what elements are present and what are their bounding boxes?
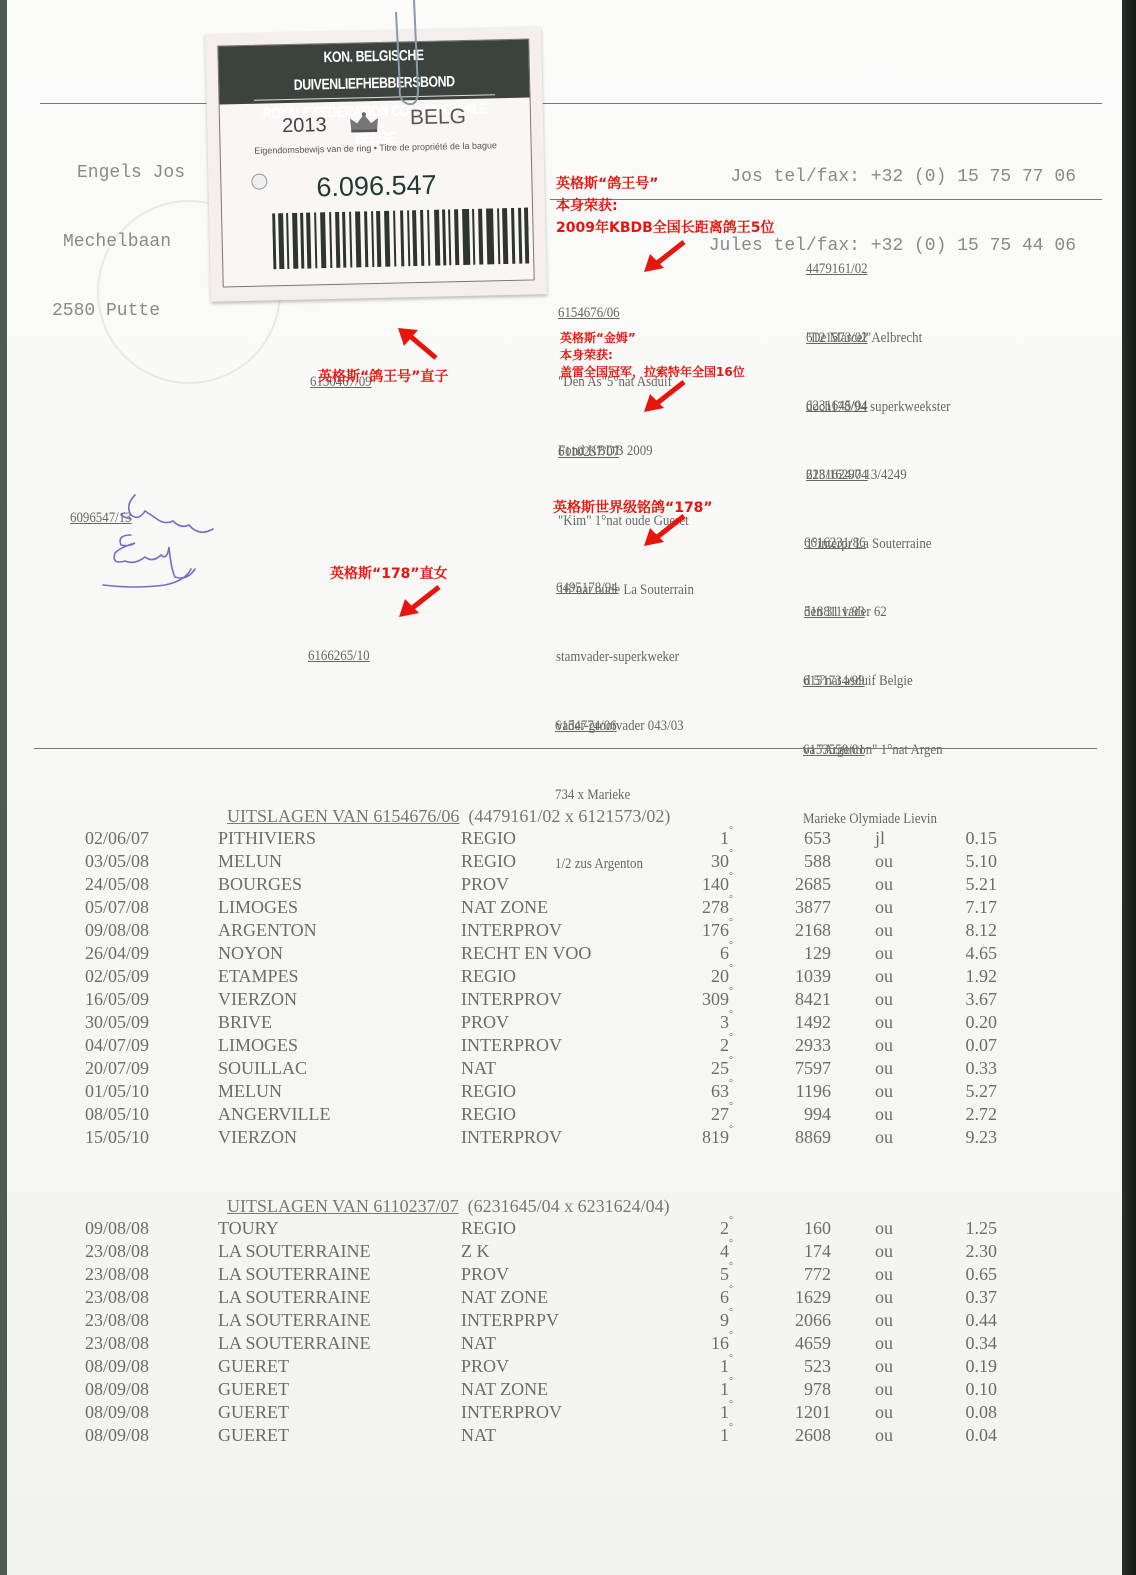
race-date: 15/05/10 <box>85 1127 149 1148</box>
arrow-icon <box>640 512 690 552</box>
race-position: 2° <box>655 1218 733 1239</box>
bird-count: 1629 <box>745 1287 831 1308</box>
bird-count: 3877 <box>745 897 831 918</box>
time-gap: 5.27 <box>925 1081 997 1102</box>
race-position: 3° <box>655 1012 733 1033</box>
race-location: GUERET <box>218 1356 289 1377</box>
position-value: 6 <box>720 1287 729 1307</box>
race-location: ARGENTON <box>218 920 317 941</box>
race-date: 08/09/08 <box>85 1425 149 1446</box>
race-category: PROV <box>461 1356 509 1377</box>
position-value: 2 <box>720 1218 729 1238</box>
time-gap: 0.10 <box>925 1379 997 1400</box>
race-position: 1° <box>655 1356 733 1377</box>
race-location: MELUN <box>218 1081 282 1102</box>
degree-sign: ° <box>729 894 733 905</box>
time-gap: 2.30 <box>925 1241 997 1262</box>
race-position: 16° <box>655 1333 733 1354</box>
bird-count: 1492 <box>745 1012 831 1033</box>
annotation-line: 英格斯“鸽王号” <box>556 173 775 195</box>
bird-count: 8869 <box>745 1127 831 1148</box>
degree-sign: ° <box>729 1009 733 1020</box>
dam-ring: 6166265/10 <box>308 645 370 668</box>
race-position: 140° <box>655 874 733 895</box>
time-gap: 1.92 <box>925 966 997 987</box>
bird-age: ou <box>875 1104 893 1125</box>
signature <box>95 485 235 605</box>
race-date: 20/07/09 <box>85 1058 149 1079</box>
ring-year: 2013 <box>282 114 327 138</box>
ss-ring: 6154676/06 <box>558 302 672 325</box>
degree-sign: ° <box>729 940 733 951</box>
bird-age: ou <box>875 1264 893 1285</box>
bird-count: 2685 <box>745 874 831 895</box>
degree-sign: ° <box>729 1055 733 1066</box>
race-location: LIMOGES <box>218 1035 298 1056</box>
position-value: 5 <box>720 1264 729 1284</box>
time-gap: 5.21 <box>925 874 997 895</box>
position-value: 1 <box>720 1425 729 1445</box>
bird-count: 994 <box>745 1104 831 1125</box>
degree-sign: ° <box>729 963 733 974</box>
degree-sign: ° <box>729 1330 733 1341</box>
time-gap: 1.25 <box>925 1218 997 1239</box>
position-value: 2 <box>720 1035 729 1055</box>
race-date: 01/05/10 <box>85 1081 149 1102</box>
bird-count: 7597 <box>745 1058 831 1079</box>
section-divider <box>34 748 1097 749</box>
bird-age: ou <box>875 1035 893 1056</box>
race-position: 278° <box>655 897 733 918</box>
degree-sign: ° <box>729 1307 733 1318</box>
time-gap: 0.65 <box>925 1264 997 1285</box>
degree-sign: ° <box>729 1261 733 1272</box>
race-location: BRIVE <box>218 1012 272 1033</box>
position-value: 6 <box>720 943 729 963</box>
bird-count: 2168 <box>745 920 831 941</box>
bird-count: 2933 <box>745 1035 831 1056</box>
position-value: 1 <box>720 828 729 848</box>
scan-edge-right <box>1122 0 1136 1575</box>
ring-number: 6.096.547 <box>221 167 532 205</box>
bird-age: ou <box>875 1333 893 1354</box>
degree-sign: ° <box>729 825 733 836</box>
position-value: 309 <box>702 989 729 1009</box>
race-category: INTERPRPV <box>461 1310 559 1331</box>
race-location: NOYON <box>218 943 283 964</box>
degree-sign: ° <box>729 1376 733 1387</box>
time-gap: 0.34 <box>925 1333 997 1354</box>
annotation-ss: 英格斯“鸽王号” 本身荣获: 2009年KBDB全国长距离鸽王5位 <box>556 173 775 239</box>
degree-sign: ° <box>729 1238 733 1249</box>
annotation-dam: 英格斯“178”直女 <box>330 563 448 585</box>
bird-age: ou <box>875 966 893 987</box>
race-location: BOURGES <box>218 874 302 895</box>
race-category: NAT <box>461 1333 496 1354</box>
degree-sign: ° <box>729 1032 733 1043</box>
time-gap: 0.07 <box>925 1035 997 1056</box>
race-position: 30° <box>655 851 733 872</box>
position-value: 30 <box>711 851 729 871</box>
position-value: 16 <box>711 1333 729 1353</box>
time-gap: 0.19 <box>925 1356 997 1377</box>
bird-count: 160 <box>745 1218 831 1239</box>
race-date: 05/07/08 <box>85 897 149 918</box>
time-gap: 0.20 <box>925 1012 997 1033</box>
race-category: REGIO <box>461 966 516 987</box>
race-date: 16/05/09 <box>85 989 149 1010</box>
results-heading: UITSLAGEN VAN 6154676/06 <box>227 806 459 826</box>
results-title-1: UITSLAGEN VAN 6154676/06 (4479161/02 x 6… <box>218 785 670 827</box>
bird-count: 2608 <box>745 1425 831 1446</box>
bird-count: 653 <box>745 828 831 849</box>
bird-age: ou <box>875 1356 893 1377</box>
address-line: 2580 Putte <box>52 300 185 323</box>
degree-sign: ° <box>729 917 733 928</box>
arrow-icon <box>640 238 690 278</box>
position-value: 176 <box>702 920 729 940</box>
race-category: PROV <box>461 1264 509 1285</box>
time-gap: 8.12 <box>925 920 997 941</box>
degree-sign: ° <box>729 1353 733 1364</box>
pedigree-dam: 6166265/10 <box>308 599 370 691</box>
dss-ring: 6616231/86 <box>804 532 887 555</box>
race-category: REGIO <box>461 1218 516 1239</box>
dds-ring: 6151734/99 <box>803 670 943 693</box>
bird-count: 2066 <box>745 1310 831 1331</box>
position-value: 140 <box>702 874 729 894</box>
race-category: NAT ZONE <box>461 897 548 918</box>
sds-ring: 6231645/04 <box>806 395 907 418</box>
race-position: 25° <box>655 1058 733 1079</box>
time-gap: 2.72 <box>925 1104 997 1125</box>
bird-age: ou <box>875 897 893 918</box>
race-position: 2° <box>655 1035 733 1056</box>
race-position: 6° <box>655 1287 733 1308</box>
race-category: NAT <box>461 1425 496 1446</box>
race-date: 08/09/08 <box>85 1402 149 1423</box>
degree-sign: ° <box>729 1124 733 1135</box>
annotation-line: 本身荣获: <box>556 195 775 217</box>
degree-sign: ° <box>729 1422 733 1433</box>
results-heading: UITSLAGEN VAN 6110237/07 <box>227 1196 459 1216</box>
race-location: PITHIVIERS <box>218 828 316 849</box>
race-position: 176° <box>655 920 733 941</box>
position-value: 4 <box>720 1241 729 1261</box>
race-date: 23/08/08 <box>85 1310 149 1331</box>
results-parents: (6231645/04 x 6231624/04) <box>468 1196 670 1216</box>
bird-count: 174 <box>745 1241 831 1262</box>
degree-sign: ° <box>729 1284 733 1295</box>
race-category: INTERPROV <box>461 989 562 1010</box>
bird-count: 1039 <box>745 966 831 987</box>
position-value: 1 <box>720 1402 729 1422</box>
race-date: 23/08/08 <box>85 1333 149 1354</box>
time-gap: 4.65 <box>925 943 997 964</box>
degree-sign: ° <box>729 1101 733 1112</box>
annotation-line: 本身荣获: <box>560 347 745 364</box>
race-location: LA SOUTERRAINE <box>218 1333 371 1354</box>
race-category: PROV <box>461 874 509 895</box>
bird-age: ou <box>875 943 893 964</box>
race-location: VIERZON <box>218 1127 297 1148</box>
race-location: ETAMPES <box>218 966 299 987</box>
time-gap: 3.67 <box>925 989 997 1010</box>
sd-ring: 6110237/07 <box>558 441 694 464</box>
results-parents: (4479161/02 x 6121573/02) <box>468 806 670 826</box>
race-position: 5° <box>655 1264 733 1285</box>
race-category: REGIO <box>461 1104 516 1125</box>
address-line: Mechelbaan <box>52 231 185 254</box>
race-date: 04/07/09 <box>85 1035 149 1056</box>
race-location: ANGERVILLE <box>218 1104 331 1125</box>
race-date: 08/09/08 <box>85 1356 149 1377</box>
degree-sign: ° <box>729 871 733 882</box>
bird-age: ou <box>875 1379 893 1400</box>
bird-age: ou <box>875 1012 893 1033</box>
race-location: LA SOUTERRAINE <box>218 1287 371 1308</box>
federation-band: KON. BELGISCHE DUIVENLIEFHEBBERSBOND ROY… <box>218 40 529 105</box>
race-date: 02/06/07 <box>85 828 149 849</box>
bird-age: ou <box>875 1287 893 1308</box>
position-value: 20 <box>711 966 729 986</box>
time-gap: 9.23 <box>925 1127 997 1148</box>
bird-count: 588 <box>745 851 831 872</box>
bird-count: 1201 <box>745 1402 831 1423</box>
ring-ownership-card: KON. BELGISCHE DUIVENLIEFHEBBERSBOND ROY… <box>205 26 547 302</box>
degree-sign: ° <box>729 848 733 859</box>
bird-age: ou <box>875 1218 893 1239</box>
bird-age: ou <box>875 989 893 1010</box>
position-value: 25 <box>711 1058 729 1078</box>
results-title-2: UITSLAGEN VAN 6110237/07 (6231645/04 x 6… <box>218 1175 670 1217</box>
race-date: 09/08/08 <box>85 1218 149 1239</box>
race-date: 09/08/08 <box>85 920 149 941</box>
race-date: 08/09/08 <box>85 1379 149 1400</box>
scan-edge-left <box>0 0 7 1575</box>
bird-age: ou <box>875 1241 893 1262</box>
address-line: Engels Jos <box>52 162 185 185</box>
race-location: LA SOUTERRAINE <box>218 1310 371 1331</box>
bird-age: ou <box>875 851 893 872</box>
race-position: 27° <box>655 1104 733 1125</box>
arrow-icon <box>395 583 445 623</box>
race-category: NAT <box>461 1058 496 1079</box>
race-position: 4° <box>655 1241 733 1262</box>
bird-count: 4659 <box>745 1333 831 1354</box>
bird-count: 1196 <box>745 1081 831 1102</box>
race-date: 23/08/08 <box>85 1264 149 1285</box>
race-date: 08/05/10 <box>85 1104 149 1125</box>
race-location: LA SOUTERRAINE <box>218 1264 371 1285</box>
position-value: 9 <box>720 1310 729 1330</box>
race-location: GUERET <box>218 1402 289 1423</box>
race-date: 23/08/08 <box>85 1287 149 1308</box>
bird-age: ou <box>875 920 893 941</box>
degree-sign: ° <box>729 1078 733 1089</box>
time-gap: 0.15 <box>925 828 997 849</box>
time-gap: 0.33 <box>925 1058 997 1079</box>
race-category: REGIO <box>461 1081 516 1102</box>
annotation-sd: 英格斯“金姆” 本身荣获: 盖雷全国冠军，拉索特年全国16位 <box>560 330 745 381</box>
race-category: INTERPROV <box>461 1402 562 1423</box>
race-date: 02/05/09 <box>85 966 149 987</box>
race-category: INTERPROV <box>461 1127 562 1148</box>
time-gap: 5.10 <box>925 851 997 872</box>
position-value: 278 <box>702 897 729 917</box>
time-gap: 7.17 <box>925 897 997 918</box>
crown-icon <box>348 111 380 134</box>
barcode <box>272 208 529 270</box>
federation-name-nl: KON. BELGISCHE DUIVENLIEFHEBBERSBOND <box>246 40 501 100</box>
race-position: 9° <box>655 1310 733 1331</box>
race-category: RECHT EN VOO <box>461 943 591 964</box>
arrow-icon <box>396 326 442 362</box>
time-gap: 0.37 <box>925 1287 997 1308</box>
position-value: 3 <box>720 1012 729 1032</box>
bird-age: ou <box>875 1081 893 1102</box>
race-category: NAT ZONE <box>461 1287 548 1308</box>
sdd-ring: 6231624/04 <box>806 464 932 487</box>
race-category: INTERPROV <box>461 920 562 941</box>
pedigree-dam-dam: 6154774/06 734 x Marieke 1/2 zus Argento… <box>555 669 643 899</box>
time-gap: 0.08 <box>925 1402 997 1423</box>
ds-info: stamvader-superkweker <box>556 646 684 669</box>
position-value: 819 <box>702 1127 729 1147</box>
bird-age: ou <box>875 874 893 895</box>
race-category: NAT ZONE <box>461 1379 548 1400</box>
race-position: 1° <box>655 1379 733 1400</box>
race-location: LIMOGES <box>218 897 298 918</box>
race-location: VIERZON <box>218 989 297 1010</box>
sss-ring: 4479161/02 <box>806 258 922 281</box>
position-value: 63 <box>711 1081 729 1101</box>
breeder-address: Engels Jos Mechelbaan 2580 Putte <box>52 116 185 346</box>
bird-age: jl <box>875 828 885 849</box>
bird-count: 523 <box>745 1356 831 1377</box>
race-category: REGIO <box>461 828 516 849</box>
race-location: SOUILLAC <box>218 1058 307 1079</box>
dd-info: 1/2 zus Argenton <box>555 853 643 876</box>
position-value: 27 <box>711 1104 729 1124</box>
race-location: MELUN <box>218 851 282 872</box>
race-position: 819° <box>655 1127 733 1148</box>
race-location: TOURY <box>218 1218 279 1239</box>
position-value: 1 <box>720 1379 729 1399</box>
annotation-line: 英格斯“金姆” <box>560 330 745 347</box>
bird-age: ou <box>875 1127 893 1148</box>
race-category: REGIO <box>461 851 516 872</box>
race-position: 1° <box>655 828 733 849</box>
header-rule-top <box>40 103 1102 104</box>
dsd-ring: 5188111/93 <box>804 601 913 624</box>
degree-sign: ° <box>729 1399 733 1410</box>
ssd-ring: 6121573/02 <box>806 327 950 350</box>
annotation-sire: 英格斯“鸽王号”直子 <box>318 366 448 388</box>
degree-sign: ° <box>729 1215 733 1226</box>
paper-clip-icon <box>388 0 428 110</box>
bird-age: ou <box>875 1310 893 1331</box>
race-position: 1° <box>655 1425 733 1446</box>
arrow-icon <box>640 378 690 418</box>
bird-count: 129 <box>745 943 831 964</box>
race-date: 24/05/08 <box>85 874 149 895</box>
bird-count: 8421 <box>745 989 831 1010</box>
ddd-ring: 6153558/01 <box>803 739 937 762</box>
race-category: Z K <box>461 1241 490 1262</box>
bird-age: ou <box>875 1402 893 1423</box>
race-location: GUERET <box>218 1379 289 1400</box>
bird-age: ou <box>875 1058 893 1079</box>
race-location: LA SOUTERRAINE <box>218 1241 371 1262</box>
race-category: INTERPROV <box>461 1035 562 1056</box>
time-gap: 0.44 <box>925 1310 997 1331</box>
race-category: PROV <box>461 1012 509 1033</box>
degree-sign: ° <box>729 986 733 997</box>
race-position: 1° <box>655 1402 733 1423</box>
race-position: 6° <box>655 943 733 964</box>
race-position: 20° <box>655 966 733 987</box>
dd-ring: 6154774/06 <box>555 715 643 738</box>
ds-ring: 6495178/94 <box>556 577 684 600</box>
race-date: 26/04/09 <box>85 943 149 964</box>
bird-age: ou <box>875 1425 893 1446</box>
annotation-line: 2009年KBDB全国长距离鸽王5位 <box>556 217 775 239</box>
bird-count: 772 <box>745 1264 831 1285</box>
position-value: 1 <box>720 1356 729 1376</box>
race-date: 03/05/08 <box>85 851 149 872</box>
race-position: 63° <box>655 1081 733 1102</box>
race-location: GUERET <box>218 1425 289 1446</box>
bird-count: 978 <box>745 1379 831 1400</box>
race-position: 309° <box>655 989 733 1010</box>
time-gap: 0.04 <box>925 1425 997 1446</box>
race-date: 30/05/09 <box>85 1012 149 1033</box>
race-date: 23/08/08 <box>85 1241 149 1262</box>
